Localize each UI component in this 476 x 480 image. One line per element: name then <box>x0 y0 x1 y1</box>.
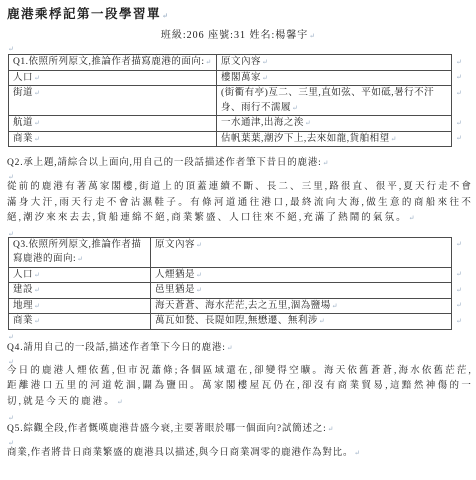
paragraph-mark: ↵ <box>319 317 325 325</box>
paragraph-mark: ↵ <box>456 286 462 294</box>
row-end-mark: ↵ <box>452 86 468 116</box>
blank-line <box>6 147 471 155</box>
paragraph-mark: ↵ <box>117 398 125 406</box>
paragraph-mark: ↵ <box>162 12 169 20</box>
q1-row-aspect-text: 商業 <box>13 134 33 144</box>
q1-table-header-row: Q1.依照所列原文,推論作者描寫鹿港的面向:↵ 原文內容↵ ↵ <box>9 55 468 71</box>
row-end-mark: ↵ <box>452 237 468 267</box>
q3-row-aspect-cell: 地理↵ <box>9 298 151 314</box>
paragraph-mark: ↵ <box>34 74 40 82</box>
q1-row-content-cell: 一水通津,出海之涘↵ <box>217 116 452 132</box>
q4-question: Q4.請用自己的一段話,描述作者筆下今日的鹿港:↵ <box>7 341 471 355</box>
paragraph-mark: ↵ <box>227 344 234 352</box>
q1-table-row: 航道↵ 一水通津,出海之涘↵ ↵ <box>9 116 468 132</box>
blank-line: ↵ <box>6 355 471 364</box>
q1-header-aspect-cell: Q1.依照所列原文,推論作者描寫鹿港的面向:↵ <box>9 55 217 71</box>
paragraph-mark: ↵ <box>8 230 14 238</box>
worksheet-page: 鹿港乘桴記第一段學習單↵ 班級:206 座號:31 姓名:楊馨宇↵ ↵ Q1.依… <box>0 0 476 480</box>
q3-table-row: 商業↵ 萬瓦如甃、長隄如隉,無懋遷、無利涉↵ ↵ <box>9 314 468 330</box>
q1-row-content-cell: 樓閣萬家↵ <box>217 70 452 86</box>
paragraph-mark: ↵ <box>292 104 298 112</box>
paragraph-mark: ↵ <box>77 255 83 263</box>
paragraph-mark: ↵ <box>196 241 202 249</box>
paragraph-mark: ↵ <box>34 286 40 294</box>
paragraph-mark: ↵ <box>196 286 202 294</box>
q3-table: Q3.依照所列原文,推論作者描寫鹿港的面向:↵ 原文內容↵ ↵ 人口↵ 人煙猶是… <box>8 237 468 330</box>
q1-row-aspect-text: 航道 <box>13 118 33 128</box>
paragraph-mark: ↵ <box>34 317 40 325</box>
q5-question-text: Q5.綜觀全段,作者慨嘆鹿港昔盛今衰,主要著眼於哪一個面向?試簡述之: <box>7 424 327 434</box>
q3-table-row: 人口↵ 人煙猶是↵ ↵ <box>9 267 468 283</box>
q4-question-text: Q4.請用自己的一段話,描述作者筆下今日的鹿港: <box>7 343 226 353</box>
paragraph-mark: ↵ <box>34 302 40 310</box>
paragraph-mark: ↵ <box>456 89 462 97</box>
q1-row-aspect-cell: 航道↵ <box>9 116 217 132</box>
q3-row-aspect-text: 地理 <box>13 301 33 311</box>
paragraph-mark: ↵ <box>409 214 417 222</box>
paragraph-mark: ↵ <box>34 119 40 127</box>
paragraph-mark: ↵ <box>332 302 338 310</box>
q1-row-aspect-cell: 街道↵ <box>9 86 217 116</box>
paragraph-mark: ↵ <box>34 135 40 143</box>
q1-row-aspect-text: 街道 <box>13 88 33 98</box>
q1-row-content-cell: 估帆葉葉,潮汐下上,去來如龍,貨舶相望↵ <box>217 131 452 147</box>
page-title: 鹿港乘桴記第一段學習單↵ <box>7 4 471 22</box>
row-end-mark: ↵ <box>452 283 468 299</box>
paragraph-mark: ↵ <box>309 32 316 40</box>
q3-row-content-cell: 萬瓦如甃、長隄如隉,無懋遷、無利涉↵ <box>151 314 452 330</box>
q5-question: Q5.綜觀全段,作者慨嘆鹿港昔盛今衰,主要著眼於哪一個面向?試簡述之:↵ <box>7 422 471 436</box>
row-end-mark: ↵ <box>452 55 468 71</box>
q1-table: Q1.依照所列原文,推論作者描寫鹿港的面向:↵ 原文內容↵ ↵ 人口↵ 樓閣萬家… <box>8 54 468 147</box>
paragraph-mark: ↵ <box>456 240 462 248</box>
q3-row-aspect-cell: 建設↵ <box>9 283 151 299</box>
paragraph-mark: ↵ <box>196 271 202 279</box>
q4-answer-text: 今日的鹿港人煙依舊,但市況蕭條;各個區域還在,卻變得空曠。海天依舊蒼蒼,海水依舊… <box>7 366 473 407</box>
paragraph-mark: ↵ <box>456 134 462 142</box>
q3-header-aspect-cell: Q3.依照所列原文,推論作者描寫鹿港的面向:↵ <box>9 237 151 267</box>
blank-line: ↵ <box>6 410 471 421</box>
paragraph-mark: ↵ <box>456 58 462 66</box>
row-end-mark: ↵ <box>452 298 468 314</box>
q1-header-aspect-text: Q1.依照所列原文,推論作者描寫鹿港的面向: <box>13 57 205 67</box>
paragraph-mark: ↵ <box>262 58 268 66</box>
paragraph-mark: ↵ <box>34 271 40 279</box>
paragraph-mark: ↵ <box>305 119 311 127</box>
q1-row-content-text: 估帆葉葉,潮汐下上,去來如龍,貨舶相望 <box>221 134 390 144</box>
student-info: 班級:206 座號:31 姓名:楊馨宇↵ <box>6 26 471 41</box>
q3-table-row: 建設↵ 邑里猶是↵ ↵ <box>9 283 468 299</box>
paragraph-mark: ↵ <box>456 301 462 309</box>
row-end-mark: ↵ <box>452 314 468 330</box>
q1-row-content-text: 一水通津,出海之涘 <box>221 118 304 128</box>
q5-answer: 商業,作者將昔日商業繁盛的鹿港具以描述,與今日商業凋零的鹿港作為對比。↵ <box>7 446 473 462</box>
paragraph-mark: ↵ <box>354 449 361 457</box>
q3-row-content-cell: 海天蒼蒼、海水茫茫,去之五里,涸為鹽場↵ <box>151 298 452 314</box>
page-title-text: 鹿港乘桴記第一段學習單 <box>7 7 161 21</box>
q2-question: Q2.承上題,請綜合以上面向,用自己的一段話描述作者筆下昔日的鹿港:↵ <box>7 156 471 170</box>
q3-row-aspect-cell: 商業↵ <box>9 314 151 330</box>
paragraph-mark: ↵ <box>34 89 40 97</box>
q1-row-aspect-text: 人口 <box>13 73 33 83</box>
q1-header-content-text: 原文內容 <box>221 57 261 67</box>
q5-answer-text: 商業,作者將昔日商業繁盛的鹿港具以描述,與今日商業凋零的鹿港作為對比。 <box>7 448 353 458</box>
q1-row-content-text: (街衢有亭)亙二、三里,直如弦、平如砥,暑行不汗身、雨行不濡履 <box>221 88 434 113</box>
paragraph-mark: ↵ <box>8 414 14 422</box>
paragraph-mark: ↵ <box>328 425 335 433</box>
q1-row-content-text: 樓閣萬家 <box>221 73 261 83</box>
q3-row-content-cell: 邑里猶是↵ <box>151 283 452 299</box>
q3-row-content-text: 海天蒼蒼、海水茫茫,去之五里,涸為鹽場 <box>155 301 331 311</box>
row-end-mark: ↵ <box>452 131 468 147</box>
blank-line: ↵ <box>6 436 471 446</box>
q1-table-row: 人口↵ 樓閣萬家↵ ↵ <box>9 70 468 86</box>
paragraph-mark: ↵ <box>323 159 330 167</box>
paragraph-mark: ↵ <box>206 58 212 66</box>
blank-line: ↵ <box>6 227 471 236</box>
paragraph-mark: ↵ <box>391 135 397 143</box>
q1-table-row: 商業↵ 估帆葉葉,潮汐下上,去來如龍,貨舶相望↵ ↵ <box>9 131 468 147</box>
q3-table-header-row: Q3.依照所列原文,推論作者描寫鹿港的面向:↵ 原文內容↵ ↵ <box>9 237 468 267</box>
q1-header-content-cell: 原文內容↵ <box>217 55 452 71</box>
q3-row-content-text: 人煙猶是 <box>155 270 195 280</box>
q2-question-text: Q2.承上題,請綜合以上面向,用自己的一段話描述作者筆下昔日的鹿港: <box>7 158 322 168</box>
blank-line: ↵ <box>6 41 471 53</box>
paragraph-mark: ↵ <box>8 333 14 341</box>
paragraph-mark: ↵ <box>456 73 462 81</box>
q2-answer-text: 從前的鹿港有著萬家閣樓,街道上的頂蓋連續不斷、長二、三里,路很直、很平,夏天行走… <box>7 182 473 223</box>
q1-row-aspect-cell: 人口↵ <box>9 70 217 86</box>
blank-line: ↵ <box>6 330 471 340</box>
q3-row-aspect-text: 建設 <box>13 285 33 295</box>
q3-row-aspect-text: 商業 <box>13 316 33 326</box>
q3-header-content-text: 原文內容 <box>155 240 195 250</box>
student-info-text: 班級:206 座號:31 姓名:楊馨宇 <box>161 30 308 41</box>
q3-row-content-text: 邑里猶是 <box>155 285 195 295</box>
paragraph-mark: ↵ <box>262 74 268 82</box>
paragraph-mark: ↵ <box>456 270 462 278</box>
paragraph-mark: ↵ <box>456 119 462 127</box>
row-end-mark: ↵ <box>452 267 468 283</box>
q3-header-content-cell: 原文內容↵ <box>151 237 452 267</box>
paragraph-mark: ↵ <box>8 45 14 53</box>
blank-line: ↵ <box>6 170 471 180</box>
paragraph-mark: ↵ <box>456 317 462 325</box>
q3-row-content-cell: 人煙猶是↵ <box>151 267 452 283</box>
q1-row-content-cell: (街衢有亭)亙二、三里,直如弦、平如砥,暑行不汗身、雨行不濡履↵ <box>217 86 452 116</box>
q3-row-aspect-cell: 人口↵ <box>9 267 151 283</box>
q3-row-content-text: 萬瓦如甃、長隄如隉,無懋遷、無利涉 <box>155 316 318 326</box>
row-end-mark: ↵ <box>452 70 468 86</box>
q3-row-aspect-text: 人口 <box>13 270 33 280</box>
q1-row-aspect-cell: 商業↵ <box>9 131 217 147</box>
row-end-mark: ↵ <box>452 116 468 132</box>
q2-answer: 從前的鹿港有著萬家閣樓,街道上的頂蓋連續不斷、長二、三里,路很直、很平,夏天行走… <box>7 180 473 227</box>
q4-answer: 今日的鹿港人煙依舊,但市況蕭條;各個區域還在,卻變得空曠。海天依舊蒼蒼,海水依舊… <box>7 364 473 411</box>
q3-table-row: 地理↵ 海天蒼蒼、海水茫茫,去之五里,涸為鹽場↵ ↵ <box>9 298 468 314</box>
q1-table-row: 街道↵ (街衢有亭)亙二、三里,直如弦、平如砥,暑行不汗身、雨行不濡履↵ ↵ <box>9 86 468 116</box>
